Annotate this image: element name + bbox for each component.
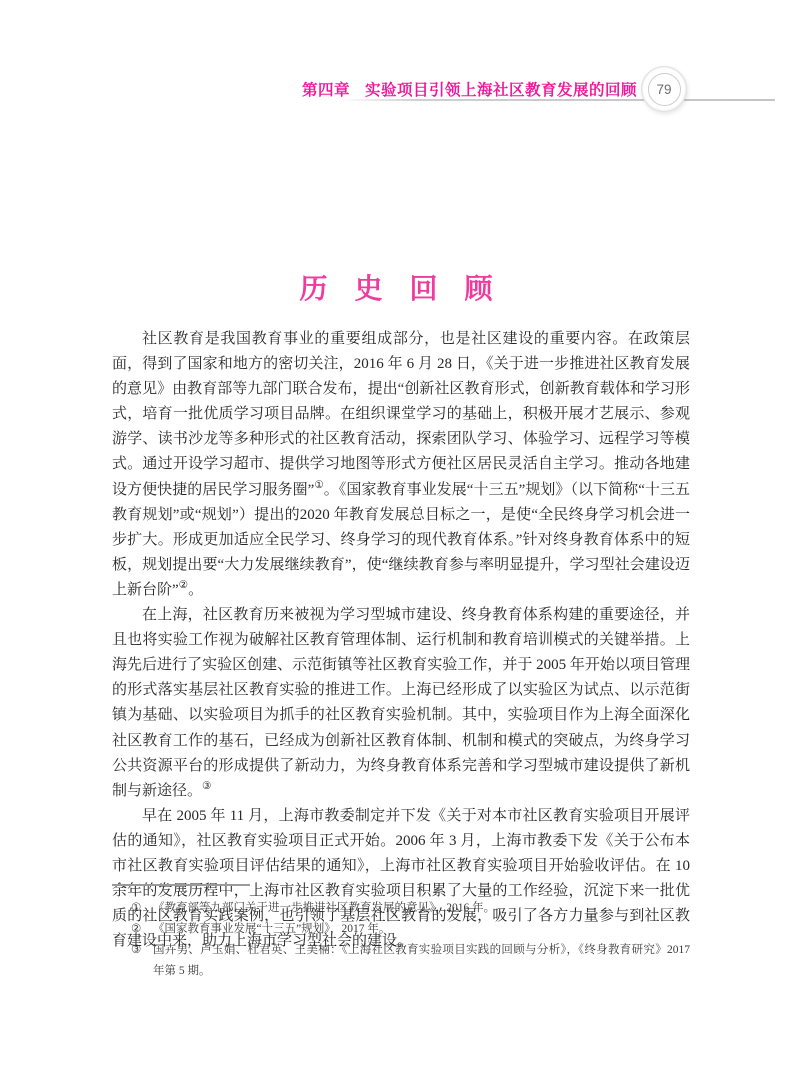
footnote-marker: ② (131, 919, 153, 940)
footnote-marker: ① (131, 898, 153, 919)
page-number-badge: 79 (641, 66, 687, 112)
book-page: 第四章 实验项目引领上海社区教育发展的回顾 79 历 史 回 顾 社区教育是我国… (0, 0, 799, 1077)
body-paragraph: 社区教育是我国教育事业的重要组成部分，也是社区建设的重要内容。在政策层面，得到了… (112, 327, 690, 603)
footnote-text: 国卉男、卢玉娟、杜君英、王美楠：《上海社区教育实验项目实践的回顾与分析》，《终身… (153, 940, 690, 982)
footnote-marker: ③ (131, 940, 153, 982)
footnote-item: ①《教育部等九部门关于进一步推进社区教育发展的意见》，2016 年。 (112, 898, 690, 919)
footnote-text: 《国家教育事业发展“十三五”规划》，2017 年。 (153, 919, 690, 940)
chapter-label: 第四章 (302, 78, 350, 100)
running-header: 第四章 实验项目引领上海社区教育发展的回顾 (302, 78, 637, 100)
footnote-ref: ② (179, 580, 188, 591)
footnotes: ①《教育部等九部门关于进一步推进社区教育发展的意见》，2016 年。②《国家教育… (112, 884, 690, 982)
section-title: 历 史 回 顾 (112, 267, 690, 307)
footnote-item: ③国卉男、卢玉娟、杜君英、王美楠：《上海社区教育实验项目实践的回顾与分析》，《终… (112, 940, 690, 982)
footnote-text: 《教育部等九部门关于进一步推进社区教育发展的意见》，2016 年。 (153, 898, 690, 919)
body-paragraph: 在上海，社区教育历来被视为学习型城市建设、终身教育体系构建的重要途径，并且也将实… (112, 603, 690, 804)
page-number: 79 (648, 73, 681, 106)
footnote-rule (112, 884, 250, 886)
footnote-ref: ① (314, 480, 324, 491)
footnote-item: ②《国家教育事业发展“十三五”规划》，2017 年。 (112, 919, 690, 940)
chapter-title: 实验项目引领上海社区教育发展的回顾 (365, 78, 637, 100)
body-paragraphs: 社区教育是我国教育事业的重要组成部分，也是社区建设的重要内容。在政策层面，得到了… (112, 327, 690, 954)
footnote-ref: ③ (202, 781, 211, 792)
footnote-list: ①《教育部等九部门关于进一步推进社区教育发展的意见》，2016 年。②《国家教育… (112, 898, 690, 982)
